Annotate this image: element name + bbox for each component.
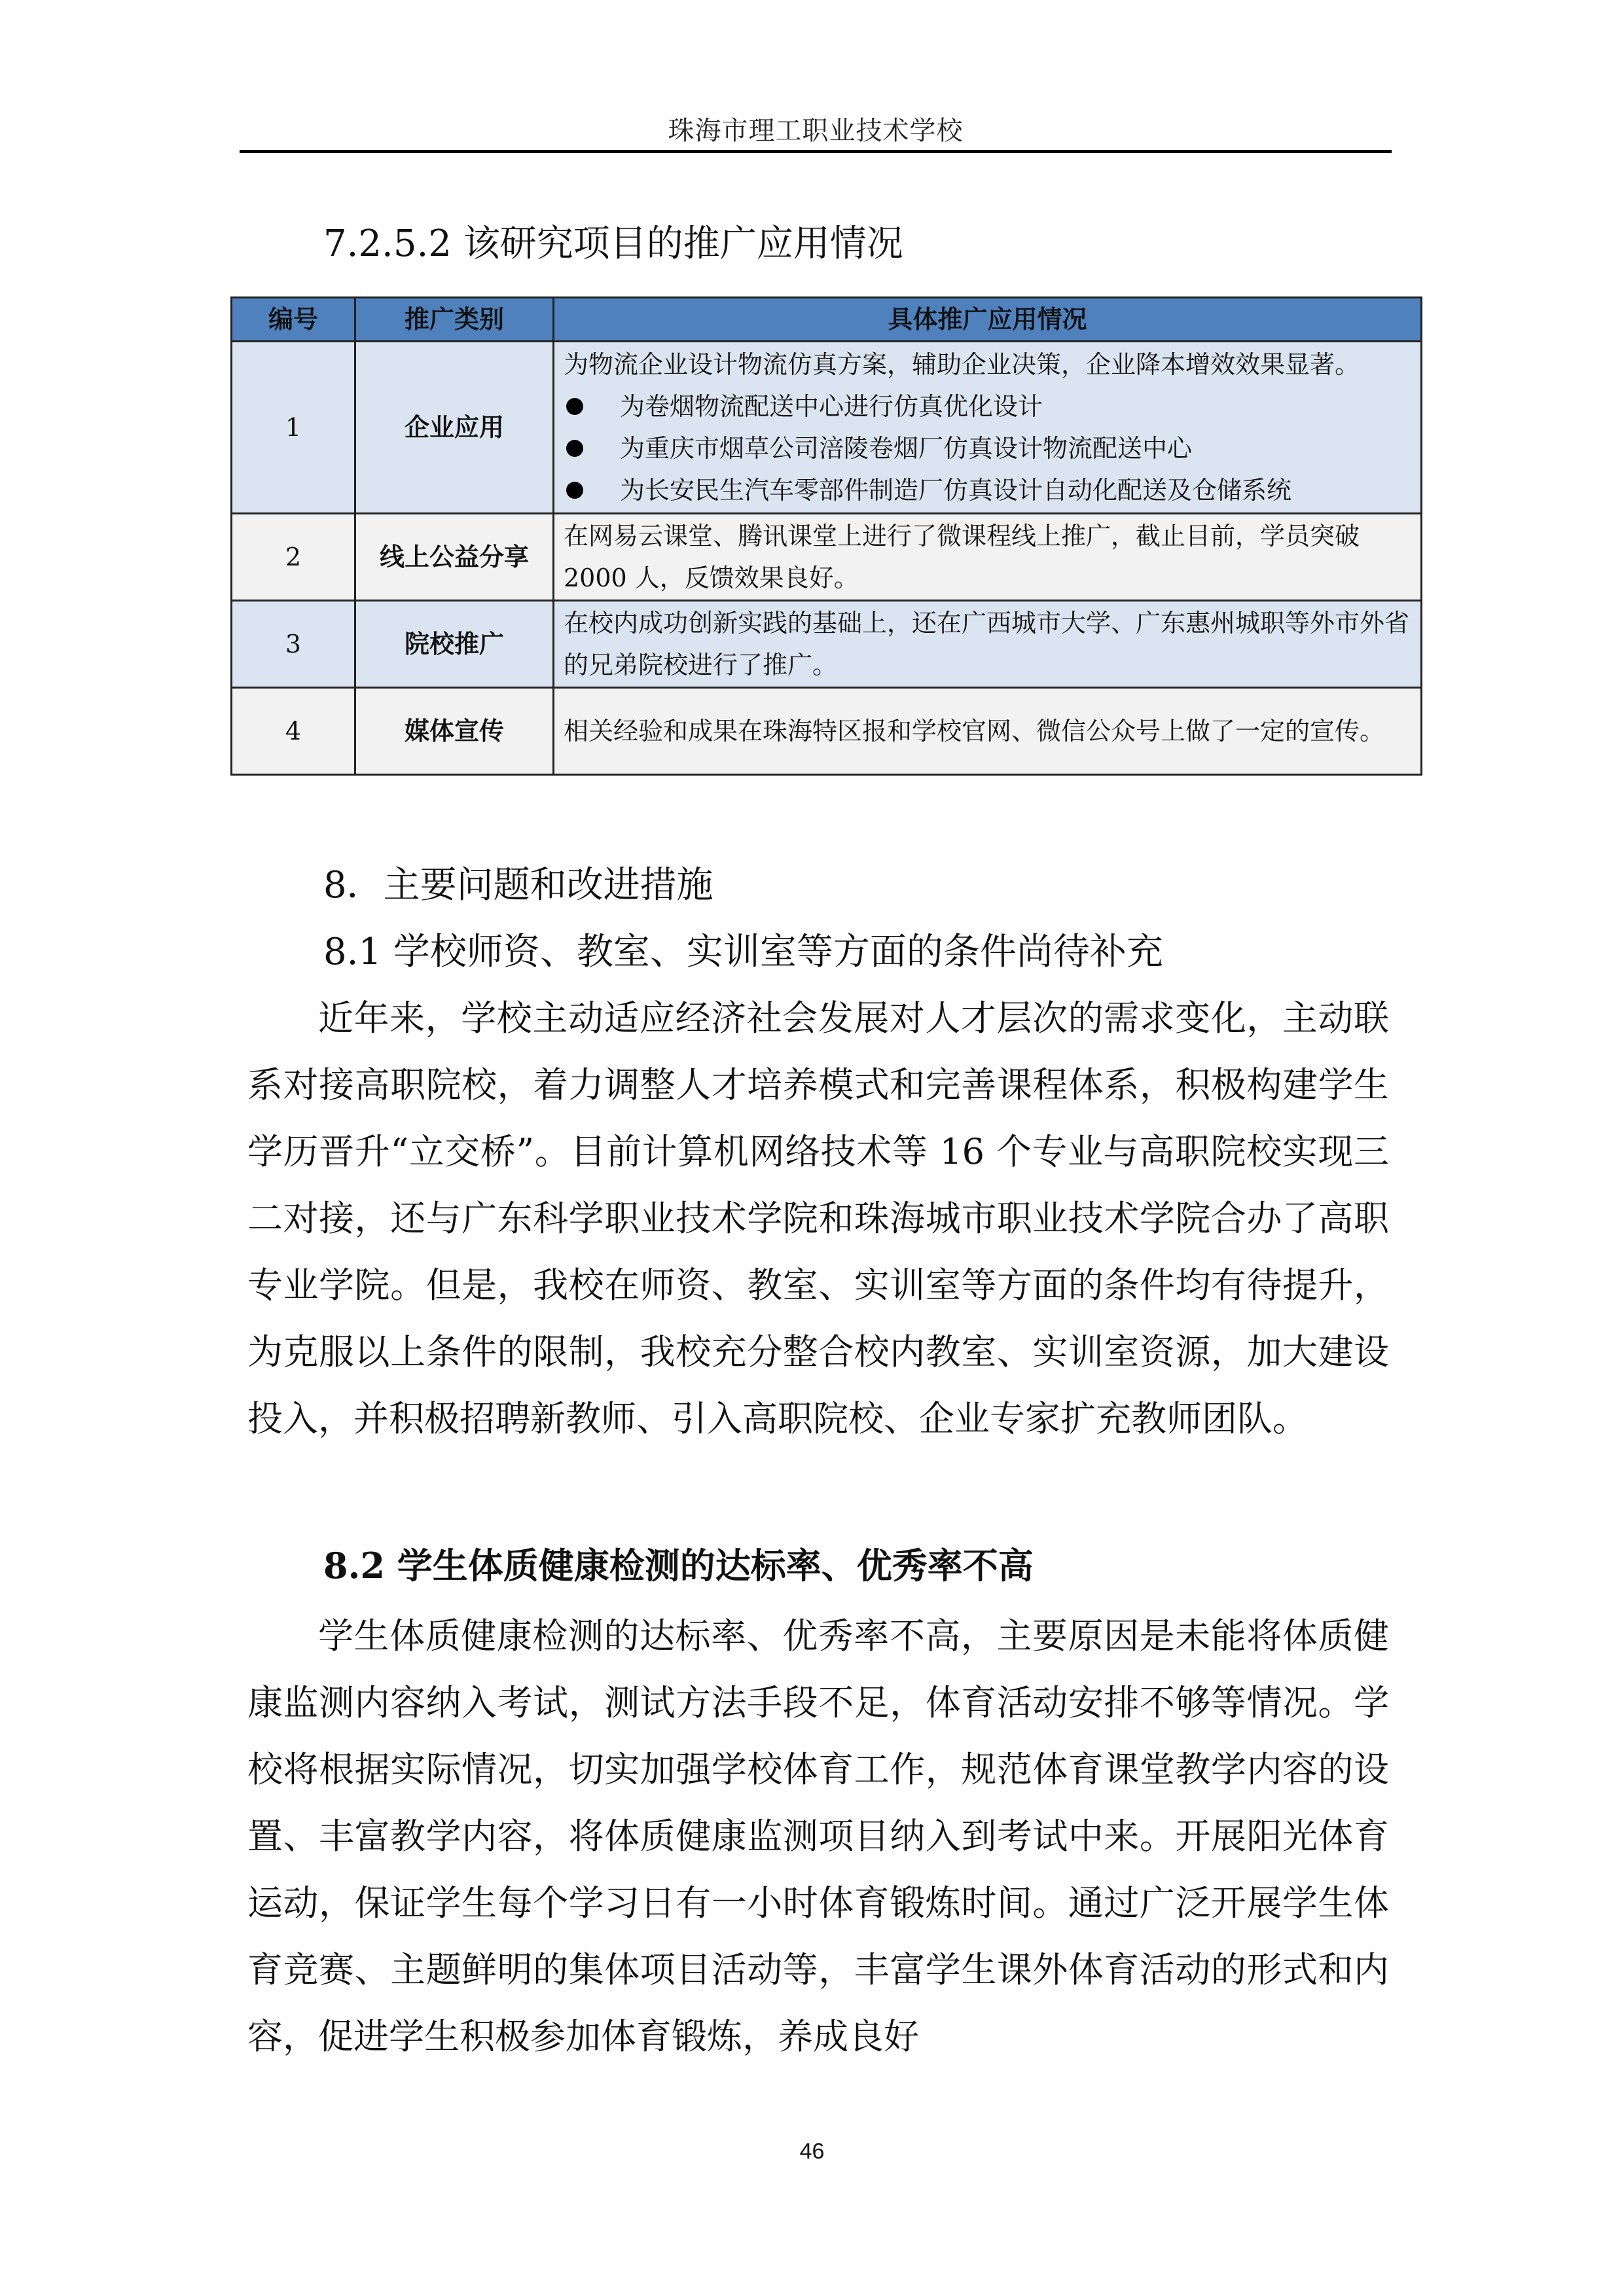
table-row: 1 企业应用 为物流企业设计物流仿真方案，辅助企业决策，企业降本增效效果显著。 … bbox=[232, 342, 1422, 514]
bullet-item: 为长安民生汽车零部件制造厂仿真设计自动化配送及仓储系统 bbox=[564, 469, 1411, 511]
bullet-text: 为长安民生汽车零部件制造厂仿真设计自动化配送及仓储系统 bbox=[620, 469, 1291, 511]
section-title-8-1: 8.1 学校师资、教室、实训室等方面的条件尚待补充 bbox=[323, 923, 1163, 975]
row-detail: 相关经验和成果在珠海特区报和学校官网、微信公众号上做了一定的宣传。 bbox=[554, 688, 1422, 775]
table-header-row: 编号 推广类别 具体推广应用情况 bbox=[232, 298, 1422, 342]
bullet-text: 为重庆市烟草公司涪陵卷烟厂仿真设计物流配送中心 bbox=[620, 427, 1192, 469]
section-title-8-2: 8.2 学生体质健康检测的达标率、优秀率不高 bbox=[323, 1538, 1034, 1588]
running-header: 珠海市理工职业技术学校 bbox=[240, 110, 1392, 147]
bullet-text: 为卷烟物流配送中心进行仿真优化设计 bbox=[620, 386, 1043, 427]
row-category: 企业应用 bbox=[355, 342, 554, 514]
bullet-icon bbox=[566, 398, 583, 415]
table-row: 3 院校推广 在校内成功创新实践的基础上，还在广西城市大学、广东惠州城职等外市外… bbox=[232, 601, 1422, 688]
row-number: 3 bbox=[232, 601, 355, 688]
row-number: 1 bbox=[232, 342, 355, 514]
row-number: 2 bbox=[232, 514, 355, 601]
section-title-7-2-5-2: 7.2.5.2 该研究项目的推广应用情况 bbox=[323, 215, 903, 267]
row-category: 院校推广 bbox=[355, 601, 554, 688]
column-header-number: 编号 bbox=[232, 298, 355, 342]
row-category: 媒体宣传 bbox=[355, 688, 554, 775]
column-header-category: 推广类别 bbox=[355, 298, 554, 342]
page-number: 46 bbox=[0, 2139, 1624, 2164]
table-row: 2 线上公益分享 在网易云课堂、腾讯课堂上进行了微课程线上推广，截止目前，学员突… bbox=[232, 514, 1422, 601]
row-detail: 为物流企业设计物流仿真方案，辅助企业决策，企业降本增效效果显著。 为卷烟物流配送… bbox=[554, 342, 1422, 514]
row-detail: 在网易云课堂、腾讯课堂上进行了微课程线上推广，截止目前，学员突破2000 人，反… bbox=[554, 514, 1422, 601]
detail-intro: 为物流企业设计物流仿真方案，辅助企业决策，企业降本增效效果显著。 bbox=[564, 344, 1411, 386]
row-detail: 在校内成功创新实践的基础上，还在广西城市大学、广东惠州城职等外市外省的兄弟院校进… bbox=[554, 601, 1422, 688]
column-header-detail: 具体推广应用情况 bbox=[554, 298, 1422, 342]
paragraph-8-2: 学生体质健康检测的达标率、优秀率不高，主要原因是未能将体质健康监测内容纳入考试，… bbox=[247, 1603, 1389, 2070]
section-title-8: 8．主要问题和改进措施 bbox=[323, 856, 713, 908]
bullet-item: 为重庆市烟草公司涪陵卷烟厂仿真设计物流配送中心 bbox=[564, 427, 1411, 469]
bullet-item: 为卷烟物流配送中心进行仿真优化设计 bbox=[564, 386, 1411, 427]
paragraph-8-1: 近年来，学校主动适应经济社会发展对人才层次的需求变化，主动联系对接高职院校，着力… bbox=[247, 985, 1389, 1452]
promotion-table: 编号 推广类别 具体推广应用情况 1 企业应用 为物流企业设计物流仿真方案，辅助… bbox=[230, 296, 1422, 776]
row-category: 线上公益分享 bbox=[355, 514, 554, 601]
bullet-icon bbox=[566, 482, 583, 499]
row-number: 4 bbox=[232, 688, 355, 775]
bullet-icon bbox=[566, 440, 583, 457]
header-divider bbox=[240, 150, 1392, 153]
table-row: 4 媒体宣传 相关经验和成果在珠海特区报和学校官网、微信公众号上做了一定的宣传。 bbox=[232, 688, 1422, 775]
